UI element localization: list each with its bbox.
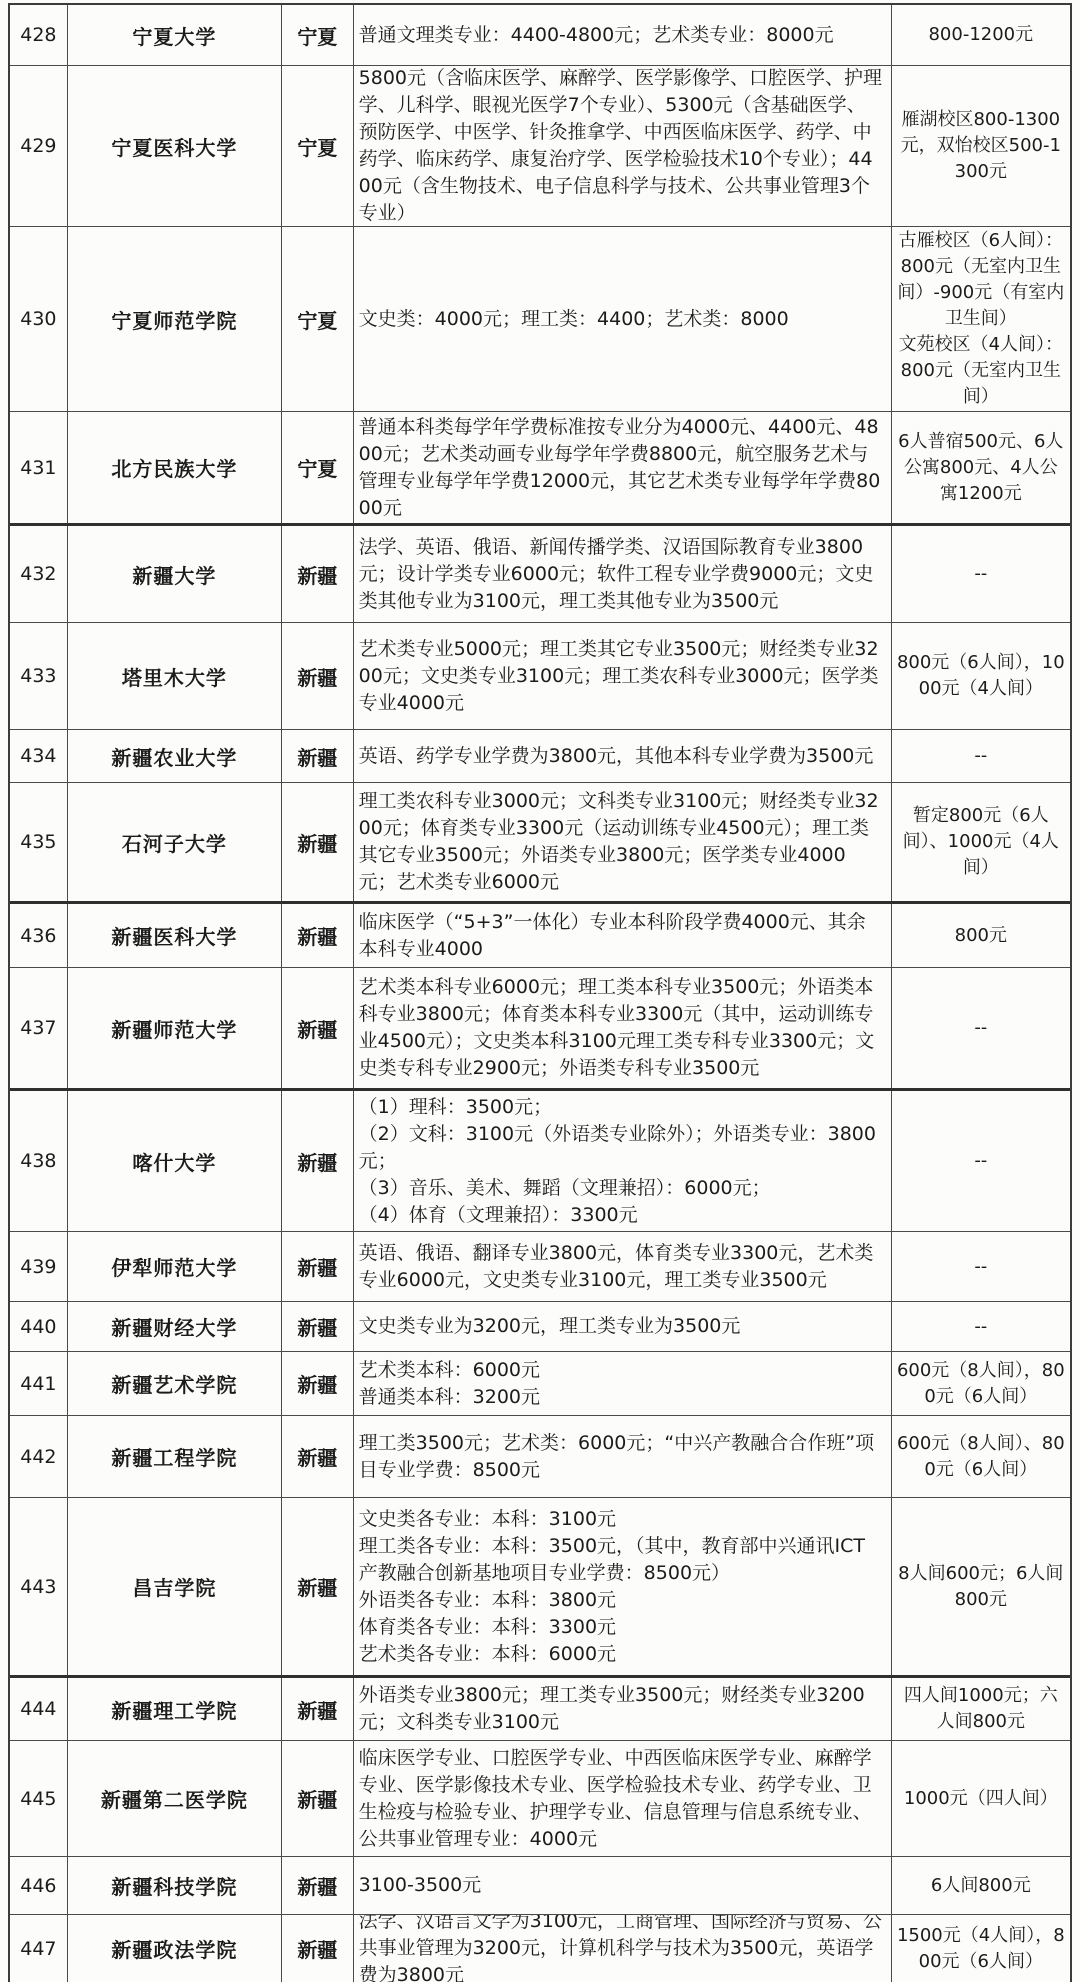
- tuition-cell: 外语类专业3800元；理工类专业3500元；财经类专业3200元；文科类专业31…: [353, 1678, 891, 1740]
- dorm-fee-cell: 古雁校区（6人间）：800元（无室内卫生间）-900元（有室内卫生间） 文苑校区…: [891, 227, 1070, 411]
- province-cell: 宁夏: [281, 66, 353, 226]
- table-row: 429 宁夏医科大学 宁夏 5800元（含临床医学、麻醉学、医学影像学、口腔医学…: [10, 65, 1070, 226]
- province-cell: 新疆: [281, 1678, 353, 1740]
- row-number-cell: 444: [10, 1678, 67, 1740]
- tuition-cell: 艺术类本科专业6000元；理工类本科专业3500元；外语类本科专业3800元；体…: [353, 968, 891, 1088]
- tuition-cell: 法学、英语、俄语、新闻传播学类、汉语国际教育专业3800元；设计学类专业6000…: [353, 526, 891, 622]
- dorm-fee-cell: 1500元（4人间），800元（6人间）: [891, 1915, 1070, 1982]
- table-row: 442 新疆工程学院 新疆 理工类3500元；艺术类：6000元；“中兴产教融合…: [10, 1415, 1070, 1497]
- table-row: 436 新疆医科大学 新疆 临床医学（“5+3”一体化）专业本科阶段学费4000…: [10, 901, 1070, 967]
- table-row: 432 新疆大学 新疆 法学、英语、俄语、新闻传播学类、汉语国际教育专业3800…: [10, 523, 1070, 622]
- university-name-cell: 新疆医科大学: [67, 904, 281, 967]
- row-number-cell: 428: [10, 5, 67, 65]
- university-name-cell: 新疆第二医学院: [67, 1741, 281, 1856]
- university-name-cell: 宁夏师范学院: [67, 227, 281, 411]
- dorm-fee-cell: --: [891, 1091, 1070, 1231]
- tuition-cell: 理工类农科专业3000元；文科类专业3100元；财经类专业3200元；体育类专业…: [353, 783, 891, 901]
- row-number-cell: 436: [10, 904, 67, 967]
- tuition-cell: 文史类专业为3200元，理工类专业为3500元: [353, 1302, 891, 1351]
- university-name-cell: 北方民族大学: [67, 412, 281, 523]
- university-name-cell: 塔里木大学: [67, 623, 281, 729]
- dorm-fee-cell: 600元（8人间）、800元（6人间）: [891, 1416, 1070, 1497]
- dorm-fee-cell: 6人普宿500元、6人公寓800元、4人公寓1200元: [891, 412, 1070, 523]
- row-number-cell: 432: [10, 526, 67, 622]
- university-name-cell: 伊犁师范大学: [67, 1232, 281, 1301]
- tuition-cell: 艺术类本科：6000元 普通类本科：3200元: [353, 1352, 891, 1415]
- fee-table: 428 宁夏大学 宁夏 普通文理类专业：4400-4800元；艺术类专业：800…: [8, 3, 1072, 1982]
- province-cell: 新疆: [281, 1857, 353, 1914]
- province-cell: 新疆: [281, 730, 353, 782]
- dorm-fee-cell: 800-1200元: [891, 5, 1070, 65]
- dorm-fee-cell: --: [891, 526, 1070, 622]
- table-row: 444 新疆理工学院 新疆 外语类专业3800元；理工类专业3500元；财经类专…: [10, 1675, 1070, 1740]
- university-name-cell: 新疆农业大学: [67, 730, 281, 782]
- province-cell: 新疆: [281, 1352, 353, 1415]
- row-number-cell: 431: [10, 412, 67, 523]
- table-row: 430 宁夏师范学院 宁夏 文史类：4000元；理工类：4400；艺术类：800…: [10, 226, 1070, 411]
- university-name-cell: 昌吉学院: [67, 1498, 281, 1675]
- university-name-cell: 石河子大学: [67, 783, 281, 901]
- dorm-fee-cell: 6人间800元: [891, 1857, 1070, 1914]
- dorm-fee-cell: --: [891, 1232, 1070, 1301]
- dorm-fee-cell: 四人间1000元；六人间800元: [891, 1678, 1070, 1740]
- row-number-cell: 433: [10, 623, 67, 729]
- table-row: 437 新疆师范大学 新疆 艺术类本科专业6000元；理工类本科专业3500元；…: [10, 967, 1070, 1088]
- dorm-fee-cell: 800元（6人间），1000元（4人间）: [891, 623, 1070, 729]
- university-name-cell: 宁夏医科大学: [67, 66, 281, 226]
- row-number-cell: 434: [10, 730, 67, 782]
- tuition-cell: 3100-3500元: [353, 1857, 891, 1914]
- row-number-cell: 439: [10, 1232, 67, 1301]
- tuition-cell: 英语、俄语、翻译专业3800元，体育类专业3300元，艺术类专业6000元，文史…: [353, 1232, 891, 1301]
- dorm-fee-cell: 1000元（四人间）: [891, 1741, 1070, 1856]
- row-number-cell: 446: [10, 1857, 67, 1914]
- row-number-cell: 442: [10, 1416, 67, 1497]
- university-name-cell: 新疆理工学院: [67, 1678, 281, 1740]
- table-row: 440 新疆财经大学 新疆 文史类专业为3200元，理工类专业为3500元 --: [10, 1301, 1070, 1351]
- tuition-cell: 文史类：4000元；理工类：4400；艺术类：8000: [353, 227, 891, 411]
- tuition-cell: （1）理科：3500元； （2）文科：3100元（外语类专业除外）；外语类专业：…: [353, 1091, 891, 1231]
- table-row: 446 新疆科技学院 新疆 3100-3500元 6人间800元: [10, 1856, 1070, 1914]
- tuition-cell: 艺术类专业5000元；理工类其它专业3500元；财经类专业3200元；文史类专业…: [353, 623, 891, 729]
- row-number-cell: 438: [10, 1091, 67, 1231]
- province-cell: 宁夏: [281, 5, 353, 65]
- province-cell: 新疆: [281, 1232, 353, 1301]
- dorm-fee-cell: --: [891, 1302, 1070, 1351]
- tuition-cell: 临床医学（“5+3”一体化）专业本科阶段学费4000元、其余本科专业4000: [353, 904, 891, 967]
- province-cell: 宁夏: [281, 227, 353, 411]
- row-number-cell: 430: [10, 227, 67, 411]
- dorm-fee-cell: 800元: [891, 904, 1070, 967]
- table-row: 434 新疆农业大学 新疆 英语、药学专业学费为3800元，其他本科专业学费为3…: [10, 729, 1070, 782]
- table-row: 441 新疆艺术学院 新疆 艺术类本科：6000元 普通类本科：3200元 60…: [10, 1351, 1070, 1415]
- university-name-cell: 新疆工程学院: [67, 1416, 281, 1497]
- university-name-cell: 新疆财经大学: [67, 1302, 281, 1351]
- dorm-fee-cell: 8人间600元；6人间800元: [891, 1498, 1070, 1675]
- province-cell: 新疆: [281, 1498, 353, 1675]
- province-cell: 新疆: [281, 904, 353, 967]
- table-row: 445 新疆第二医学院 新疆 临床医学专业、口腔医学专业、中西医临床医学专业、麻…: [10, 1740, 1070, 1856]
- row-number-cell: 443: [10, 1498, 67, 1675]
- row-number-cell: 441: [10, 1352, 67, 1415]
- tuition-cell: 英语、药学专业学费为3800元，其他本科专业学费为3500元: [353, 730, 891, 782]
- university-name-cell: 新疆师范大学: [67, 968, 281, 1088]
- table-row: 433 塔里木大学 新疆 艺术类专业5000元；理工类其它专业3500元；财经类…: [10, 622, 1070, 729]
- university-name-cell: 新疆大学: [67, 526, 281, 622]
- dorm-fee-cell: 雁湖校区800-1300元，双怡校区500-1300元: [891, 66, 1070, 226]
- row-number-cell: 445: [10, 1741, 67, 1856]
- university-name-cell: 新疆艺术学院: [67, 1352, 281, 1415]
- province-cell: 新疆: [281, 526, 353, 622]
- row-number-cell: 447: [10, 1915, 67, 1982]
- university-name-cell: 新疆科技学院: [67, 1857, 281, 1914]
- province-cell: 新疆: [281, 1091, 353, 1231]
- row-number-cell: 440: [10, 1302, 67, 1351]
- province-cell: 新疆: [281, 1915, 353, 1982]
- dorm-fee-cell: 暂定800元（6人间）、1000元（4人间）: [891, 783, 1070, 901]
- dorm-fee-cell: 600元（8人间），800元（6人间）: [891, 1352, 1070, 1415]
- table-row: 428 宁夏大学 宁夏 普通文理类专业：4400-4800元；艺术类专业：800…: [10, 5, 1070, 65]
- province-cell: 新疆: [281, 783, 353, 901]
- university-name-cell: 喀什大学: [67, 1091, 281, 1231]
- tuition-cell: 普通文理类专业：4400-4800元；艺术类专业：8000元: [353, 5, 891, 65]
- table-row: 438 喀什大学 新疆 （1）理科：3500元； （2）文科：3100元（外语类…: [10, 1088, 1070, 1231]
- table-row: 431 北方民族大学 宁夏 普通本科类每学年学费标准按专业分为4000元、440…: [10, 411, 1070, 523]
- tuition-cell: 理工类3500元；艺术类：6000元；“中兴产教融合合作班”项目专业学费：850…: [353, 1416, 891, 1497]
- province-cell: 新疆: [281, 1741, 353, 1856]
- row-number-cell: 429: [10, 66, 67, 226]
- tuition-cell: 5800元（含临床医学、麻醉学、医学影像学、口腔医学、护理学、儿科学、眼视光医学…: [353, 66, 891, 226]
- table-row: 439 伊犁师范大学 新疆 英语、俄语、翻译专业3800元，体育类专业3300元…: [10, 1231, 1070, 1301]
- province-cell: 宁夏: [281, 412, 353, 523]
- page: 428 宁夏大学 宁夏 普通文理类专业：4400-4800元；艺术类专业：800…: [0, 0, 1080, 1982]
- table-row: 435 石河子大学 新疆 理工类农科专业3000元；文科类专业3100元；财经类…: [10, 782, 1070, 901]
- province-cell: 新疆: [281, 623, 353, 729]
- university-name-cell: 宁夏大学: [67, 5, 281, 65]
- tuition-cell: 临床医学专业、口腔医学专业、中西医临床医学专业、麻醉学专业、医学影像技术专业、医…: [353, 1741, 891, 1856]
- tuition-cell: 法学、汉语言文学为3100元，工商管理、国际经济与贸易、公共事业管理为3200元…: [353, 1915, 891, 1982]
- tuition-cell: 文史类各专业：本科：3100元 理工类各专业：本科：3500元，（其中，教育部中…: [353, 1498, 891, 1675]
- university-name-cell: 新疆政法学院: [67, 1915, 281, 1982]
- dorm-fee-cell: --: [891, 968, 1070, 1088]
- province-cell: 新疆: [281, 968, 353, 1088]
- table-row: 447 新疆政法学院 新疆 法学、汉语言文学为3100元，工商管理、国际经济与贸…: [10, 1914, 1070, 1982]
- dorm-fee-cell: --: [891, 730, 1070, 782]
- row-number-cell: 437: [10, 968, 67, 1088]
- table-row: 443 昌吉学院 新疆 文史类各专业：本科：3100元 理工类各专业：本科：35…: [10, 1497, 1070, 1675]
- row-number-cell: 435: [10, 783, 67, 901]
- tuition-cell: 普通本科类每学年学费标准按专业分为4000元、4400元、4800元；艺术类动画…: [353, 412, 891, 523]
- province-cell: 新疆: [281, 1302, 353, 1351]
- province-cell: 新疆: [281, 1416, 353, 1497]
